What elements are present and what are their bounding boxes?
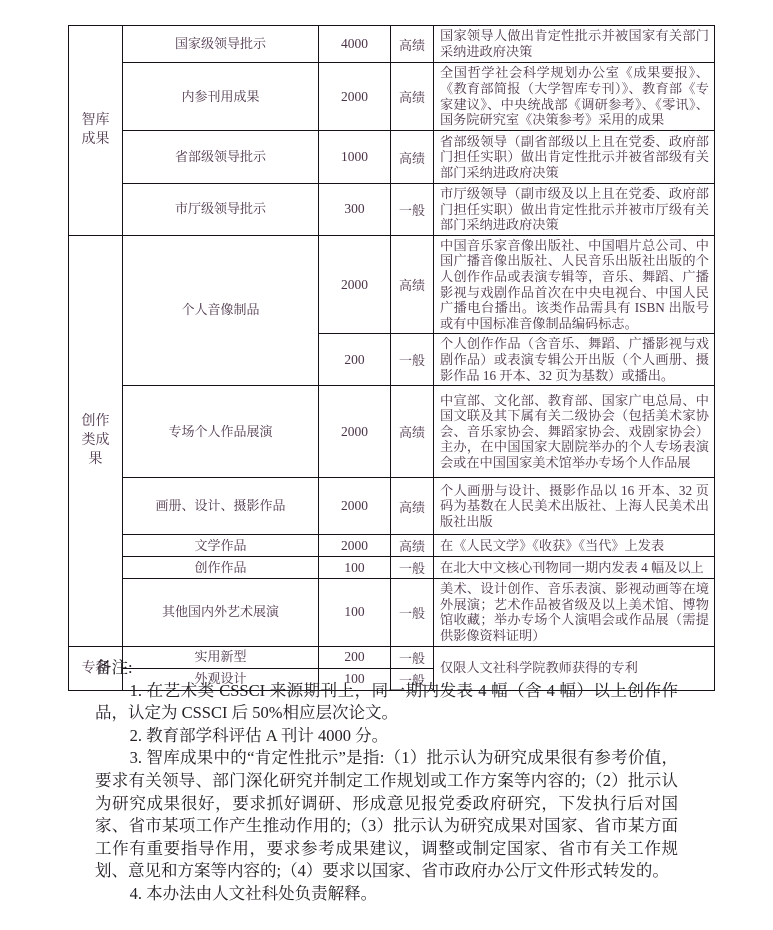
note-paragraph-4: 4. 本办法由人文社科处负责解释。 (95, 883, 678, 906)
item-cell: 个人音像制品 (123, 235, 319, 385)
item-cell: 文学作品 (123, 535, 319, 557)
note-paragraph-3: 3. 智库成果中的“肯定性批示”是指:（1）批示认为研究成果很有参考价值，要求有… (95, 747, 678, 883)
desc-cell: 市厅级领导（副市级及以上且在党委、政府部门担任实职）做出肯定性批示并被市厅级有关… (434, 184, 715, 236)
desc-cell: 全国哲学社会科学规划办公室《成果要报》、《教育部简报（大学智库专刊）》、教育部《… (434, 63, 715, 131)
table-row: 市厅级领导批示 300 一般 市厅级领导（副市级及以上且在党委、政府部门担任实职… (69, 184, 715, 236)
table-row: 智库成果 国家级领导批示 4000 高绩 国家领导人做出肯定性批示并被国家有关部… (69, 26, 715, 63)
item-cell: 省部级领导批示 (123, 131, 319, 184)
item-cell: 创作作品 (123, 557, 319, 579)
level-cell: 一般 (391, 557, 434, 579)
level-cell: 高绩 (391, 131, 434, 184)
desc-cell: 美术、设计创作、音乐表演、影视动画等在境外展演；艺术作品被省级及以上美术馆、博物… (434, 579, 715, 646)
desc-cell: 个人创作作品（含音乐、舞蹈、广播影视与戏剧作品）或表演专辑公开出版（个人画册、摄… (434, 334, 715, 386)
desc-cell: 中宣部、文化部、教育部、国家广电总局、中国文联及其下属有关二级协会（包括美术家协… (434, 386, 715, 478)
score-cell: 2000 (319, 235, 391, 334)
score-cell: 2000 (319, 386, 391, 478)
score-cell: 1000 (319, 131, 391, 184)
table-row: 文学作品 2000 高绩 在《人民文学》《收获》《当代》上发表 (69, 535, 715, 557)
score-cell: 2000 (319, 63, 391, 131)
desc-cell: 个人画册与设计、摄影作品以 16 开本、32 页码为基数在人民美术出版社、上海人… (434, 478, 715, 535)
achievement-score-table: 智库成果 国家级领导批示 4000 高绩 国家领导人做出肯定性批示并被国家有关部… (68, 25, 715, 691)
table-row: 内参刊用成果 2000 高绩 全国哲学社会科学规划办公室《成果要报》、《教育部简… (69, 63, 715, 131)
item-cell: 其他国内外艺术展演 (123, 579, 319, 646)
table-row: 创作类成果 个人音像制品 2000 高绩 中国音乐家音像出版社、中国唱片总公司、… (69, 235, 715, 334)
score-cell: 4000 (319, 26, 391, 63)
score-cell: 100 (319, 557, 391, 579)
score-cell: 100 (319, 579, 391, 646)
item-cell: 国家级领导批示 (123, 26, 319, 63)
category-cell-thinktank: 智库成果 (69, 26, 123, 236)
item-cell: 内参刊用成果 (123, 63, 319, 131)
table-row: 其他国内外艺术展演 100 一般 美术、设计创作、音乐表演、影视动画等在境外展演… (69, 579, 715, 646)
table-row: 画册、设计、摄影作品 2000 高绩 个人画册与设计、摄影作品以 16 开本、3… (69, 478, 715, 535)
level-cell: 高绩 (391, 235, 434, 334)
note-paragraph-2: 2. 教育部学科评估 A 刊计 4000 分。 (95, 725, 678, 748)
level-cell: 高绩 (391, 26, 434, 63)
score-cell: 2000 (319, 535, 391, 557)
level-cell: 高绩 (391, 63, 434, 131)
desc-cell: 在北大中文核心刊物同一期内发表 4 幅及以上 (434, 557, 715, 579)
desc-cell: 国家领导人做出肯定性批示并被国家有关部门采纳进政府决策 (434, 26, 715, 63)
level-cell: 一般 (391, 184, 434, 236)
level-cell: 高绩 (391, 535, 434, 557)
item-cell: 市厅级领导批示 (123, 184, 319, 236)
desc-cell: 中国音乐家音像出版社、中国唱片总公司、中国广播音像出版社、人民音乐出版社出版的个… (434, 235, 715, 334)
level-cell: 高绩 (391, 386, 434, 478)
category-cell-creative: 创作类成果 (69, 235, 123, 646)
table-row: 创作作品 100 一般 在北大中文核心刊物同一期内发表 4 幅及以上 (69, 557, 715, 579)
note-paragraph-1: 1. 在艺术类 CSSCI 来源期刊上，同一期内发表 4 幅（含 4 幅）以上创… (95, 680, 678, 725)
score-cell: 2000 (319, 478, 391, 535)
desc-cell: 在《人民文学》《收获》《当代》上发表 (434, 535, 715, 557)
level-cell: 一般 (391, 334, 434, 386)
score-cell: 200 (319, 334, 391, 386)
desc-cell: 省部级领导（副省部级以上且在党委、政府部门担任实职）做出肯定性批示并被省部级有关… (434, 131, 715, 184)
table-row: 专场个人作品展演 2000 高绩 中宣部、文化部、教育部、国家广电总局、中国文联… (69, 386, 715, 478)
table-row: 省部级领导批示 1000 高绩 省部级领导（副省部级以上且在党委、政府部门担任实… (69, 131, 715, 184)
item-cell: 画册、设计、摄影作品 (123, 478, 319, 535)
document-page: 智库成果 国家级领导批示 4000 高绩 国家领导人做出肯定性批示并被国家有关部… (0, 0, 773, 930)
item-cell: 专场个人作品展演 (123, 386, 319, 478)
notes-label: 备注: (95, 657, 678, 680)
notes-section: 备注: 1. 在艺术类 CSSCI 来源期刊上，同一期内发表 4 幅（含 4 幅… (95, 657, 678, 906)
level-cell: 一般 (391, 579, 434, 646)
level-cell: 高绩 (391, 478, 434, 535)
score-cell: 300 (319, 184, 391, 236)
